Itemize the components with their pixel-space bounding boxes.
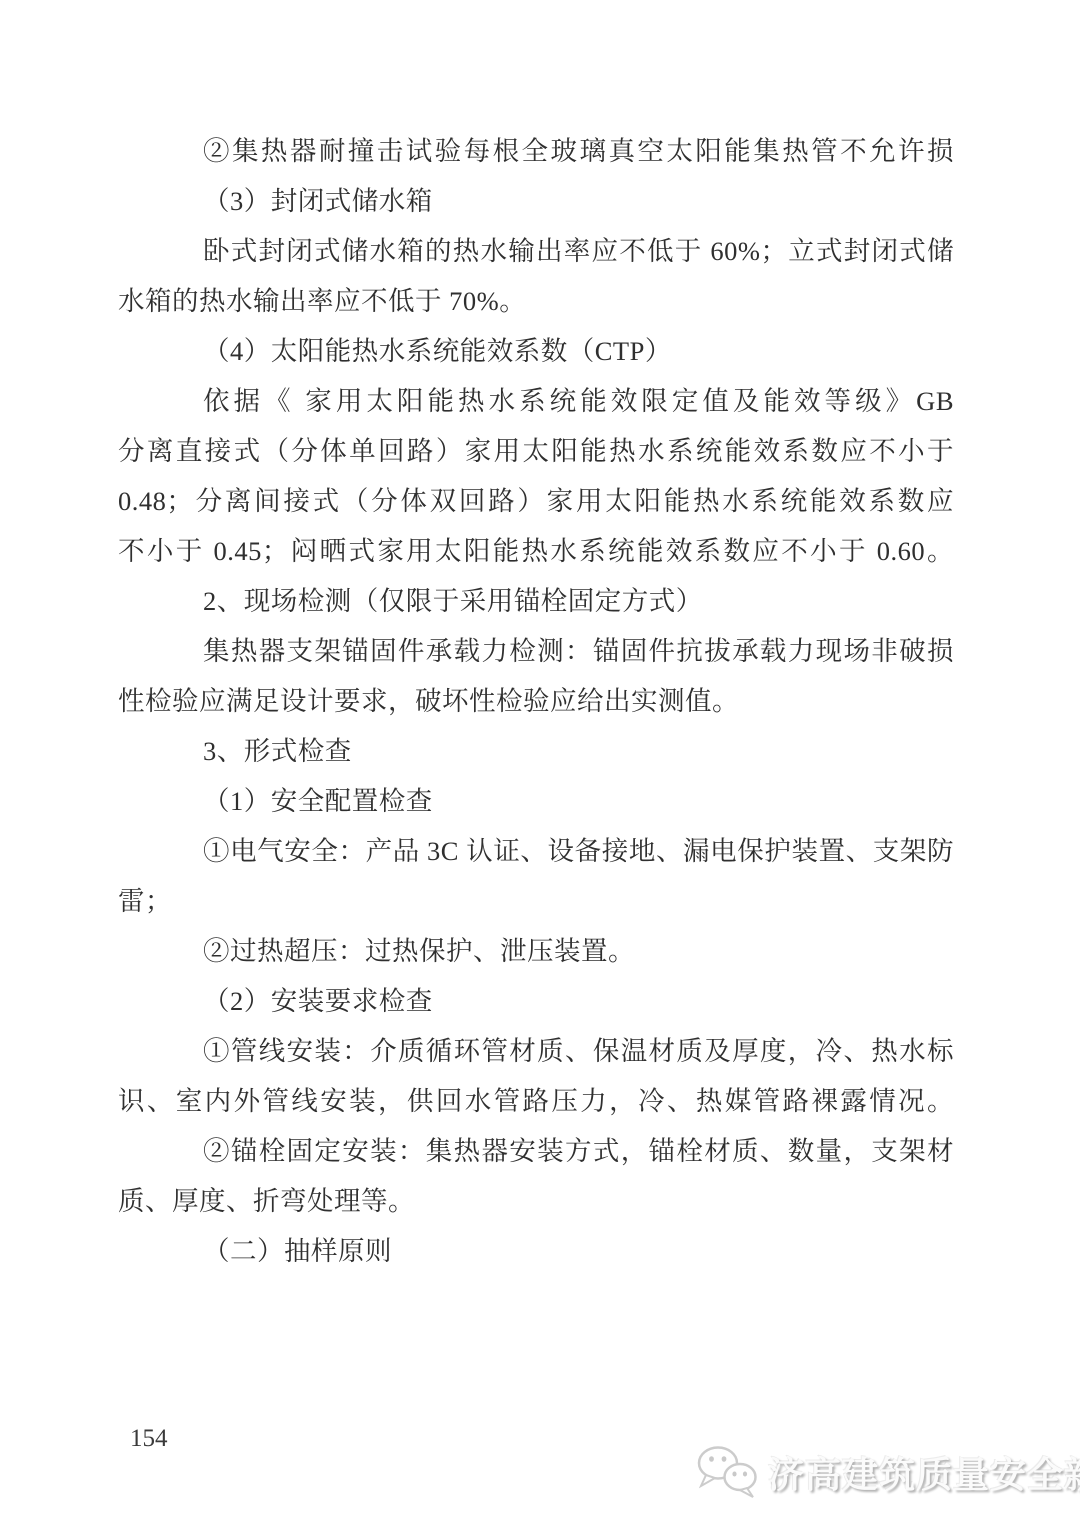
text-line: ②集热器耐撞击试验每根全玻璃真空太阳能集热管不允许损坏。 — [118, 126, 954, 176]
text-line: ①电气安全：产品 3C 认证、设备接地、漏电保护装置、支架防 — [118, 826, 954, 876]
text-line: 质、厚度、折弯处理等。 — [118, 1176, 954, 1226]
watermark-text: 济高建筑质量安全新高地 — [768, 1447, 1080, 1498]
text-line: 不小于 0.45；闷晒式家用太阳能热水系统能效系数应不小于 0.60。 — [118, 526, 954, 576]
text-line: （1）安全配置检查 — [118, 776, 954, 826]
text-line: （2）安装要求检查 — [118, 976, 954, 1026]
text-line: ①管线安装：介质循环管材质、保温材质及厚度，冷、热水标 — [118, 1026, 954, 1076]
document-body: ②集热器耐撞击试验每根全玻璃真空太阳能集热管不允许损坏。（3）封闭式储水箱卧式封… — [118, 126, 954, 1276]
wechat-icon — [694, 1444, 762, 1500]
text-line: ②锚栓固定安装：集热器安装方式，锚栓材质、数量，支架材 — [118, 1126, 954, 1176]
text-line: （3）封闭式储水箱 — [118, 176, 954, 226]
text-line: 0.48；分离间接式（分体双回路）家用太阳能热水系统能效系数应 — [118, 476, 954, 526]
text-line: 识、室内外管线安装，供回水管路压力，冷、热媒管路裸露情况。 — [118, 1076, 954, 1126]
text-line: 2、现场检测（仅限于采用锚栓固定方式） — [118, 576, 954, 626]
text-line: 集热器支架锚固件承载力检测：锚固件抗拔承载力现场非破损 — [118, 626, 954, 676]
text-line: 性检验应满足设计要求，破坏性检验应给出实测值。 — [118, 676, 954, 726]
text-line: 分离直接式（分体单回路）家用太阳能热水系统能效系数应不小于 — [118, 426, 954, 476]
text-line: 雷； — [118, 876, 954, 926]
text-line: 水箱的热水输出率应不低于 70%。 — [118, 276, 954, 326]
text-line: 卧式封闭式储水箱的热水输出率应不低于 60%；立式封闭式储 — [118, 226, 954, 276]
document-page: ②集热器耐撞击试验每根全玻璃真空太阳能集热管不允许损坏。（3）封闭式储水箱卧式封… — [0, 0, 1080, 1527]
text-line: ②过热超压：过热保护、泄压装置。 — [118, 926, 954, 976]
text-line: 3、形式检查 — [118, 726, 954, 776]
text-line: （二）抽样原则 — [118, 1226, 954, 1276]
page-number: 154 — [130, 1422, 168, 1456]
text-line: 依据《 家用太阳能热水系统能效限定值及能效等级》GB 26969， — [118, 376, 954, 426]
text-line: （4）太阳能热水系统能效系数（CTP） — [118, 326, 954, 376]
watermark: 济高建筑质量安全新高地 — [694, 1444, 1080, 1500]
